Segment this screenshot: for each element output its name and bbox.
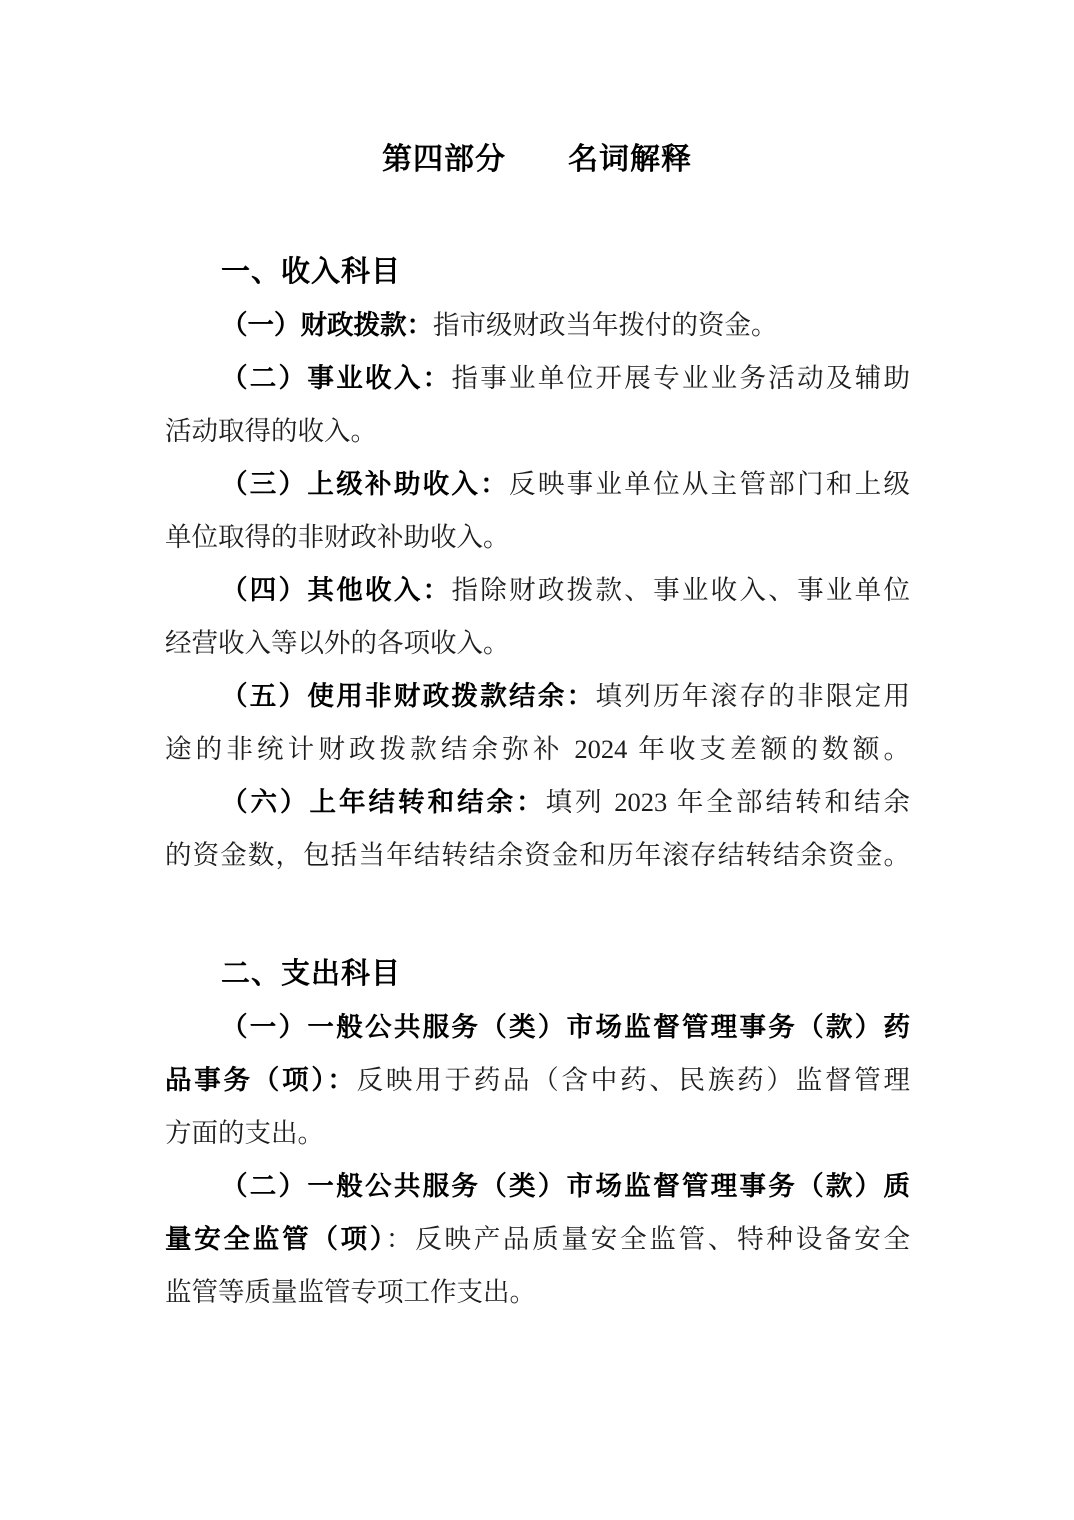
term-definition: 指事业单位开展专业业务活动及辅助 <box>451 363 910 393</box>
term-label: （一）财政拨款： <box>221 310 433 340</box>
term-label: 量安全监管（项） <box>165 1224 386 1254</box>
text-line: 单位取得的非财政补助收入。 <box>165 511 910 564</box>
term-label: （六）上年结转和结余： <box>221 787 546 817</box>
term-label: （四）其他收入： <box>221 575 451 605</box>
text-line: 品事务（项）：反映用于药品（含中药、民族药）监督管理 <box>165 1054 910 1107</box>
term-label: （二）事业收入： <box>221 363 451 393</box>
term-label: 品事务（项）： <box>165 1065 357 1095</box>
term-definition: 经营收入等以外的各项收入。 <box>165 628 510 658</box>
document-body: 一、收入科目 （一）财政拨款：指市级财政当年拨付的资金。 （二）事业收入：指事业… <box>165 246 910 1319</box>
section-gap <box>165 882 910 948</box>
text-line: 活动取得的收入。 <box>165 405 910 458</box>
text-line: 监管等质量监管专项工作支出。 <box>165 1266 910 1319</box>
term-definition: 途的非统计财政拨款结余弥补 2024 年收支差额的数额。 <box>165 734 910 764</box>
term-label: （一）一般公共服务（类）市场监督管理事务（款）药 <box>221 1012 910 1042</box>
text-line: （四）其他收入：指除财政拨款、事业收入、事业单位 <box>165 564 910 617</box>
text-line: （三）上级补助收入：反映事业单位从主管部门和上级 <box>165 458 910 511</box>
term-label: （二）一般公共服务（类）市场监督管理事务（款）质 <box>221 1171 910 1201</box>
text-line: （一）财政拨款：指市级财政当年拨付的资金。 <box>165 299 910 352</box>
text-line: （五）使用非财政拨款结余：填列历年滚存的非限定用 <box>165 670 910 723</box>
term-definition: 填列历年滚存的非限定用 <box>595 681 910 711</box>
text-line: 途的非统计财政拨款结余弥补 2024 年收支差额的数额。 <box>165 723 910 776</box>
term-label: （三）上级补助收入： <box>221 469 509 499</box>
text-line: （一）一般公共服务（类）市场监督管理事务（款）药 <box>165 1001 910 1054</box>
term-definition: 指市级财政当年拨付的资金。 <box>433 310 778 340</box>
section-heading-expense: 二、支出科目 <box>165 948 910 1001</box>
text-line: （二）事业收入：指事业单位开展专业业务活动及辅助 <box>165 352 910 405</box>
term-definition: 反映事业单位从主管部门和上级 <box>509 469 910 499</box>
section-heading-income: 一、收入科目 <box>165 246 910 299</box>
term-definition: 的资金数，包括当年结转结余资金和历年滚存结转结余资金。 <box>165 840 910 870</box>
term-definition: ：反映产品质量安全监管、特种设备安全 <box>386 1224 910 1254</box>
text-line: 量安全监管（项）：反映产品质量安全监管、特种设备安全 <box>165 1213 910 1266</box>
text-line: （二）一般公共服务（类）市场监督管理事务（款）质 <box>165 1160 910 1213</box>
term-definition: 反映用于药品（含中药、民族药）监督管理 <box>357 1065 910 1095</box>
text-line: 方面的支出。 <box>165 1107 910 1160</box>
term-definition: 活动取得的收入。 <box>165 416 377 446</box>
term-label: （五）使用非财政拨款结余： <box>221 681 595 711</box>
text-line: 经营收入等以外的各项收入。 <box>165 617 910 670</box>
term-definition: 单位取得的非财政补助收入。 <box>165 522 510 552</box>
term-definition: 填列 2023 年全部结转和结余 <box>546 787 910 817</box>
term-definition: 监管等质量监管专项工作支出。 <box>165 1277 536 1307</box>
text-line: 的资金数，包括当年结转结余资金和历年滚存结转结余资金。 <box>165 829 910 882</box>
term-definition: 方面的支出。 <box>165 1118 324 1148</box>
text-line: （六）上年结转和结余：填列 2023 年全部结转和结余 <box>165 776 910 829</box>
term-definition: 指除财政拨款、事业收入、事业单位 <box>451 575 910 605</box>
page-title: 第四部分 名词解释 <box>0 136 1074 184</box>
document-page: 第四部分 名词解释 一、收入科目 （一）财政拨款：指市级财政当年拨付的资金。 （… <box>0 0 1074 1520</box>
